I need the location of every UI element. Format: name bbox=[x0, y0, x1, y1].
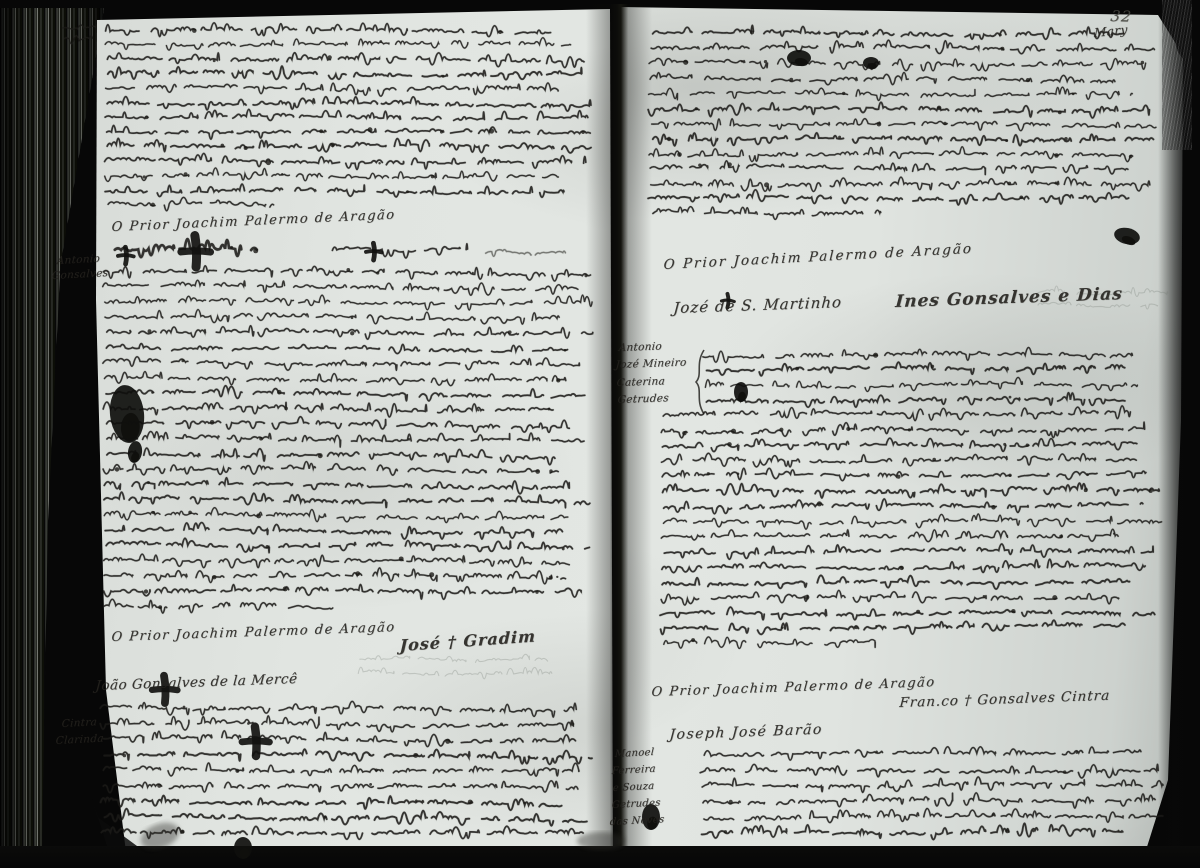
margin-name-antonio-2: Antonio bbox=[618, 340, 662, 354]
record-heading-joseph-barao: Joseph José Barão bbox=[669, 722, 824, 743]
signature-francisco-gonsalves-cintra: Fran.co † Gonsalves Cintra bbox=[899, 688, 1111, 711]
margin-name-das-neves: das Neves bbox=[609, 814, 664, 828]
margin-name-clarinda: Clarinda bbox=[55, 732, 104, 747]
margin-name-joze-mineiro: Jozé Mineiro bbox=[615, 357, 687, 372]
margin-name-caterina: Caterina bbox=[616, 375, 665, 389]
legible-text-layer: 32MaryO Prior Joachim Palermo de AragãoA… bbox=[0, 0, 1200, 868]
signature-jose-gradim: José † Gradim bbox=[399, 626, 536, 655]
signature-prior-right-top: O Prior Joachim Palermo de Aragão bbox=[663, 241, 973, 273]
margin-name-getrudes-2: Getrudes bbox=[611, 797, 661, 811]
record-heading-joze-martinho: Jozé de S. Martinho bbox=[673, 293, 843, 317]
margin-name-manoel: Manoel bbox=[614, 747, 654, 760]
record-heading-ines-gonsalves-dias: Ines Gonsalves e Dias bbox=[895, 284, 1124, 312]
corner-annotation: Mary bbox=[1094, 22, 1128, 40]
record-heading-joao-gonsalves: João Gonsalves de la Mercê bbox=[95, 671, 298, 694]
margin-name-ferreira: Ferreira bbox=[611, 764, 656, 777]
signature-prior-right-bottom: O Prior Joachim Palermo de Aragão bbox=[651, 675, 936, 700]
signature-prior-left-bottom: O Prior Joachim Palermo de Aragão bbox=[111, 620, 396, 645]
signature-prior-left-top: O Prior Joachim Palermo de Aragão bbox=[111, 208, 396, 235]
margin-name-getrudes: Getrudes bbox=[617, 392, 669, 406]
margin-name-gonsalves: Gonsalves bbox=[51, 267, 108, 282]
margin-name-e-souza: e Souza bbox=[612, 781, 654, 794]
scanned-book-photo: 32MaryO Prior Joachim Palermo de AragãoA… bbox=[0, 0, 1200, 868]
margin-name-antonio: Antonio bbox=[56, 253, 100, 267]
margin-place-cintra: Cintra bbox=[61, 716, 97, 730]
